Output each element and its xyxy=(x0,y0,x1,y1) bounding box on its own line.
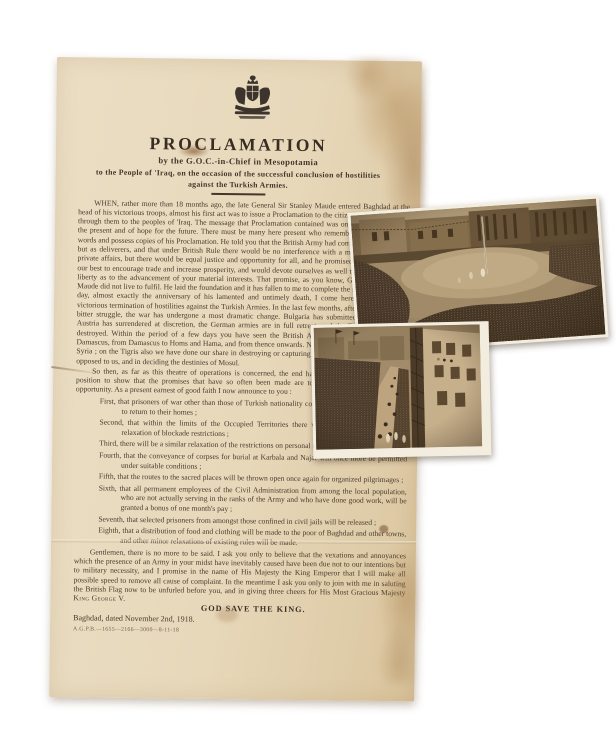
royal-coat-of-arms-icon xyxy=(69,57,435,133)
item-label: Fifth, xyxy=(99,472,116,481)
item-label: Second, xyxy=(99,418,123,427)
proclamation-item: Eighth, that a distribution of food and … xyxy=(98,526,406,548)
address-line-2: against the Turkish Armies. xyxy=(55,178,420,191)
item-text: that the routes to the sacred places wil… xyxy=(117,472,403,484)
printer-imprint: A.G.P.B.—1655—2166—3000—8-11-18 xyxy=(73,626,405,639)
item-text: that all permanent employees of the Civi… xyxy=(119,484,406,513)
divider-rule xyxy=(211,193,265,195)
proclamation-item: Fifth, that the routes to the sacred pla… xyxy=(99,472,407,485)
closing-text: Gentlemen, there is no more to be said. … xyxy=(73,547,406,597)
item-text: that a distribution of food and clothing… xyxy=(120,526,406,546)
dateline: Baghdad, dated November 2nd, 1918. xyxy=(73,613,405,626)
item-text: that selected prisoners from amongst tho… xyxy=(127,514,377,526)
item-label: Seventh, xyxy=(98,514,124,523)
item-label: Eighth, xyxy=(98,526,120,535)
item-label: Fourth, xyxy=(99,451,121,460)
closing-paragraph: Gentlemen, there is no more to be said. … xyxy=(73,547,406,607)
item-label: First, xyxy=(100,397,116,406)
auction-photo-of-proclamation: PROCLAMATION by the G.O.C.-in-Chief in M… xyxy=(0,0,616,748)
street-procession-photo-image xyxy=(314,324,483,449)
document-title: PROCLAMATION xyxy=(56,132,421,157)
street-procession-photo xyxy=(311,321,492,459)
king-name: King George V. xyxy=(73,594,125,604)
item-label: Third, xyxy=(99,439,118,448)
item-label: Sixth, xyxy=(99,484,117,493)
proclamation-item: Seventh, that selected prisoners from am… xyxy=(98,514,406,527)
proclamation-item: Sixth, that all permanent employees of t… xyxy=(98,484,406,516)
